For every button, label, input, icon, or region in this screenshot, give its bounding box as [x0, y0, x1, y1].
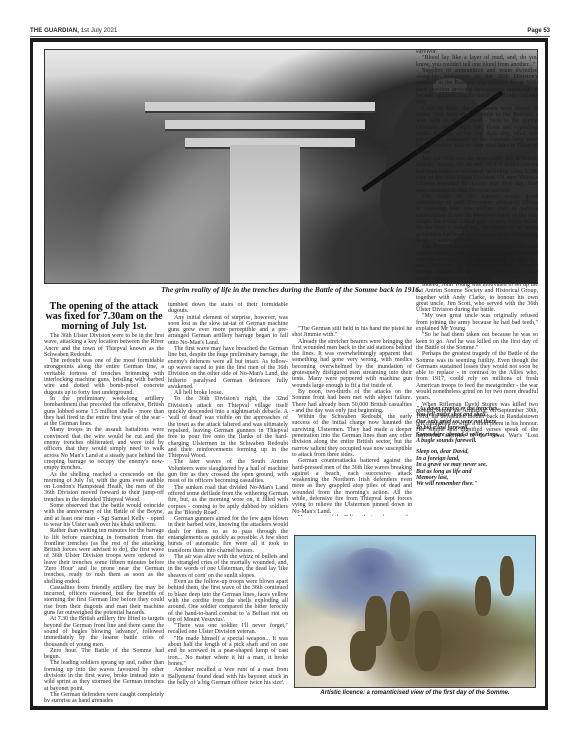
- paragraph: "He made himself a special weapon... It …: [168, 636, 288, 667]
- paragraph: To the 36th Division's right, the 32nd D…: [168, 396, 288, 459]
- paragraph: "So he had them taken out because he was…: [416, 332, 538, 351]
- poem-stanza: "As dawn crept o'er the trenches, You fe…: [416, 406, 538, 444]
- publication-name: THE GUARDIAN,: [30, 28, 79, 34]
- paragraph: German gunners aimed for the few gaps bl…: [168, 516, 288, 554]
- battle-painting: [294, 535, 536, 688]
- paragraph: The sheer scale of the loss on July 1st …: [416, 244, 538, 282]
- article-column-2: tumbled down the stairs of their formida…: [168, 302, 288, 702]
- poem-stanza: Sleep on, dear David, In a foreign land,…: [416, 449, 538, 487]
- paragraph: Casualties from friendly artillery fire …: [44, 585, 164, 616]
- paragraph: Many troops in the assault battalions we…: [44, 427, 164, 471]
- soldier-figure: [305, 646, 327, 676]
- paragraph: Zero hour. The Battle of the Somme had b…: [44, 648, 164, 661]
- publication-line: THE GUARDIAN, 1st July 2021: [30, 28, 117, 34]
- article-column-4: survivor. "Blood lay like a layer of mud…: [416, 49, 538, 437]
- paragraph: Within the Schwaben Redoubt, the early s…: [292, 414, 412, 458]
- soldier-figure: [390, 591, 410, 641]
- paragraph: Supplies of ammunition and water dwindle…: [416, 68, 538, 106]
- article-column-1: The opening of the attack was fixed for …: [44, 302, 164, 702]
- paragraph: Indeed, John Young was motivated to set …: [416, 282, 538, 313]
- paragraph: Any initial element of surprise, however…: [168, 315, 288, 346]
- paragraph: "My own great uncle was originally refus…: [416, 313, 538, 332]
- soldier-figure: [500, 556, 514, 596]
- paragraph: The air was alive with the whizz of bull…: [168, 554, 288, 579]
- soldier-figure: [475, 576, 491, 616]
- trench-beam: [165, 120, 365, 131]
- paragraph: "The German still held in his hand the p…: [292, 326, 412, 339]
- paragraph: The Battle of the Somme would grind rele…: [416, 194, 538, 244]
- paragraph: Rather than waiting ten minutes for the …: [44, 528, 164, 585]
- soldier-figure: [415, 611, 441, 671]
- paragraph: July 1st 1916 was the most costly day in…: [416, 156, 538, 194]
- paragraph: At 7.30 the British artillery fire lifte…: [44, 616, 164, 647]
- article-column-3: "The German still held in his hand the p…: [292, 326, 412, 516]
- trench-floor: [230, 145, 300, 284]
- paragraph: The sunken road that divided No-Man's La…: [168, 485, 288, 516]
- paragraph: "There was one soldier I'll never forget…: [168, 623, 288, 636]
- paragraph: The leading soldiers sprang up and, rath…: [44, 660, 164, 691]
- paragraph: German counterattacks battered against t…: [292, 458, 412, 515]
- paragraph: Already the stretcher bearers were bring…: [292, 339, 412, 389]
- paragraph: Little by little, the Ulstermen were for…: [416, 106, 538, 156]
- paragraph: The redoubt was one of the most formidab…: [44, 358, 164, 396]
- paragraph: "In one part of the B line, the trenches…: [292, 515, 412, 516]
- paragraph: Even as the follow-up troops were blown …: [168, 579, 288, 623]
- painting-caption: Artistic licence: a romanticised view of…: [294, 690, 536, 696]
- trench-beam: [145, 102, 375, 113]
- page-number: Page 53: [527, 28, 550, 34]
- paragraph: tumbled down the stairs of their formida…: [168, 302, 288, 315]
- paragraph: Perhaps the greatest tragedy of the Batt…: [416, 351, 538, 401]
- poem-line: A bugle sounds farewell.: [416, 438, 538, 444]
- paragraph: Some observed that the battle would coin…: [44, 503, 164, 528]
- paragraph: "Blood lay like a layer of mud, and, do …: [416, 55, 538, 68]
- paragraph: By noon, two-thirds of the attacks on th…: [292, 389, 412, 414]
- paragraph: The later waves of the South Antrim Volu…: [168, 459, 288, 484]
- paragraph: Another recalled a 'wee runt of a man fr…: [168, 667, 288, 686]
- paragraph: In the preliminary week-long artillery b…: [44, 396, 164, 427]
- article-headline: The opening of the attack was fixed for …: [44, 302, 164, 332]
- memorial-poem: "As dawn crept o'er the trenches, You fe…: [416, 406, 538, 493]
- poem-line: We will remember thee.": [416, 481, 538, 487]
- masthead: THE GUARDIAN, 1st July 2021 Page 53: [30, 26, 550, 36]
- issue-date: 1st July 2021: [81, 28, 118, 34]
- paragraph: As the shelling reached a crescendo on t…: [44, 472, 164, 503]
- smoke-cloud: [340, 548, 400, 593]
- paragraph: The first wave may have breached the Ger…: [168, 346, 288, 390]
- paragraph: The 36th Ulster Division were to be in t…: [44, 333, 164, 358]
- masthead-rule: [30, 36, 550, 37]
- paragraph: The German defenders were caught complet…: [44, 692, 164, 702]
- soldier-figure: [350, 631, 376, 671]
